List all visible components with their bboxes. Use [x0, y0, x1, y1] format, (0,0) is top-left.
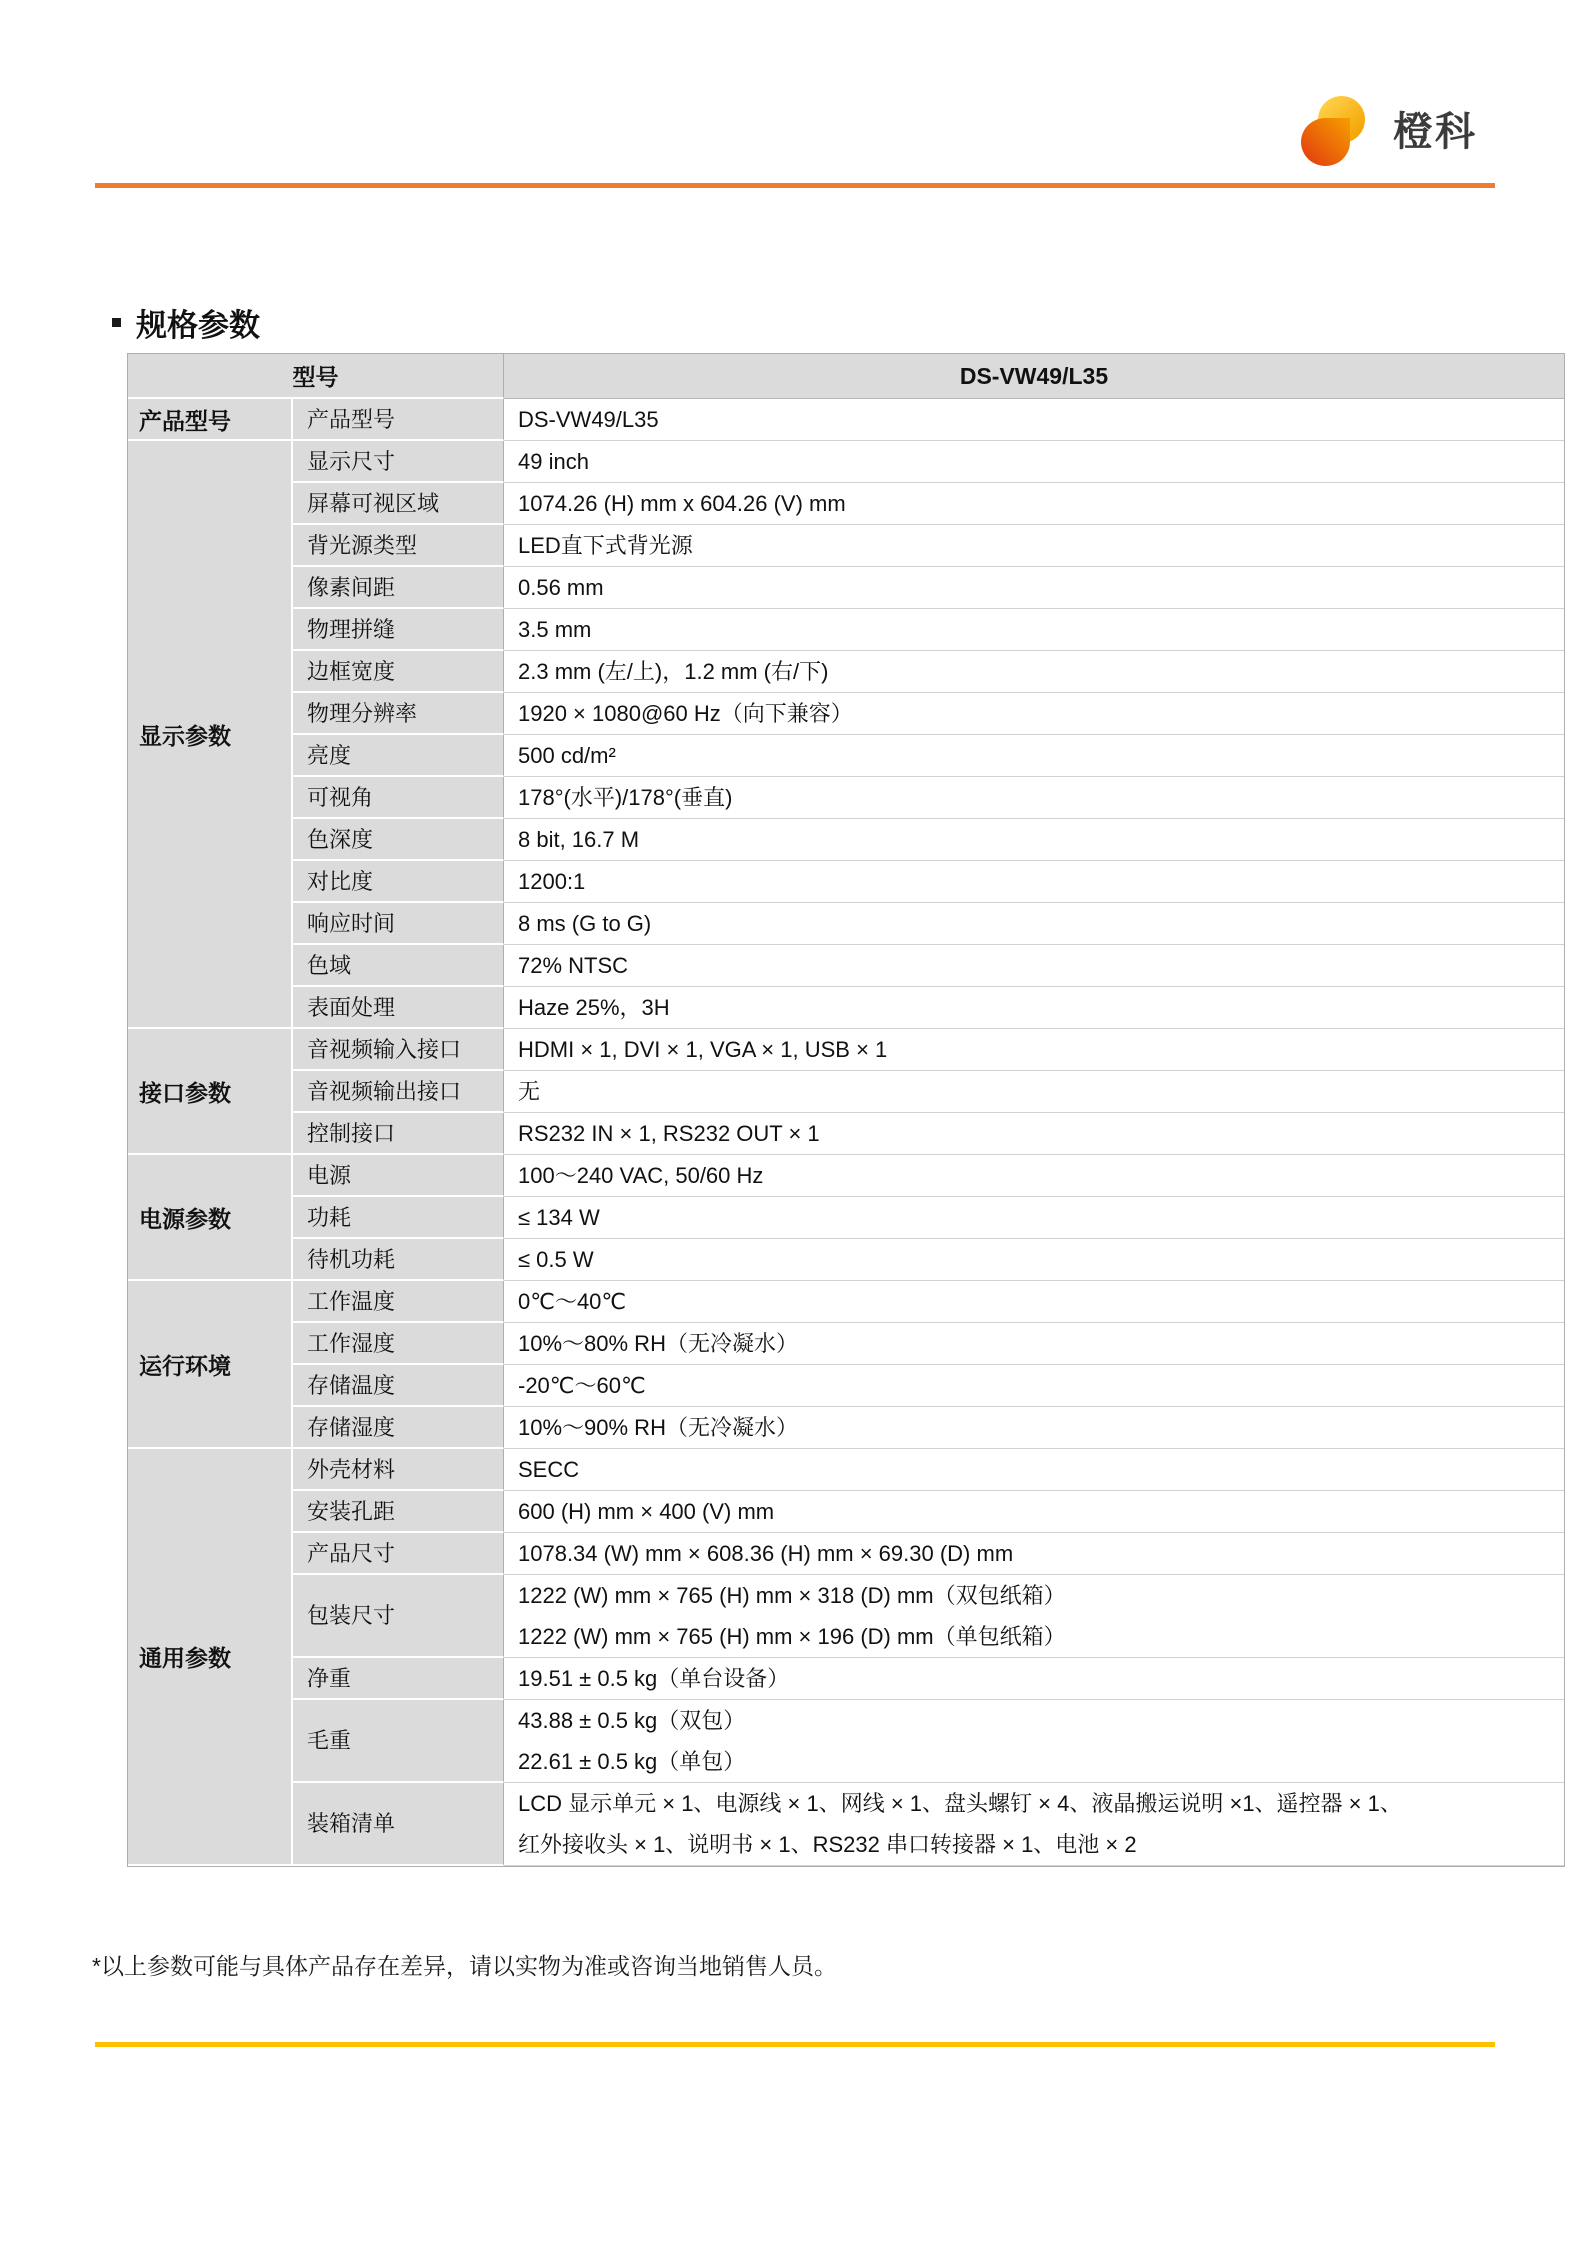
spec-value-cell: 8 ms (G to G) — [504, 903, 1564, 945]
spec-label-cell: 工作湿度 — [293, 1323, 504, 1365]
spec-label-cell: 控制接口 — [293, 1113, 504, 1155]
spec-value-line: 0.56 mm — [518, 567, 1564, 608]
spec-label-cell: 存储湿度 — [293, 1407, 504, 1449]
spec-value-cell: 1920 × 1080@60 Hz（向下兼容） — [504, 693, 1564, 735]
spec-value-line: 3.5 mm — [518, 609, 1564, 650]
spec-value-cell: 10%～80% RH（无冷凝水） — [504, 1323, 1564, 1365]
spec-row: 物理分辨率1920 × 1080@60 Hz（向下兼容） — [128, 693, 1564, 735]
spec-label-cell: 边框宽度 — [293, 651, 504, 693]
spec-row: 电源参数电源100～240 VAC, 50/60 Hz — [128, 1155, 1564, 1197]
spec-value-line: 1200:1 — [518, 861, 1564, 902]
category-cell: 电源参数 — [128, 1155, 293, 1281]
spec-row: 色深度8 bit, 16.7 M — [128, 819, 1564, 861]
brand-logo-icon — [1301, 96, 1367, 168]
spec-value-line: 43.88 ± 0.5 kg（双包） — [518, 1700, 1564, 1741]
spec-row: 净重19.51 ± 0.5 kg（单台设备） — [128, 1658, 1564, 1700]
spec-value-cell: ≤ 134 W — [504, 1197, 1564, 1239]
spec-value-cell: 500 cd/m² — [504, 735, 1564, 777]
spec-value-cell: 49 inch — [504, 441, 1564, 483]
category-cell: 显示参数 — [128, 441, 293, 1029]
spec-value-cell: SECC — [504, 1449, 1564, 1491]
brand-name: 橙科 — [1393, 96, 1477, 168]
spec-value-cell: 72% NTSC — [504, 945, 1564, 987]
spec-row: 包装尺寸1222 (W) mm × 765 (H) mm × 318 (D) m… — [128, 1575, 1564, 1658]
section-title: 规格参数 — [136, 300, 260, 345]
spec-value-line: RS232 IN × 1, RS232 OUT × 1 — [518, 1113, 1564, 1154]
spec-row: 色域72% NTSC — [128, 945, 1564, 987]
spec-value-line: HDMI × 1, DVI × 1, VGA × 1, USB × 1 — [518, 1029, 1564, 1070]
spec-row: 产品型号产品型号DS-VW49/L35 — [128, 399, 1564, 441]
spec-value-line: 178°(水平)/178°(垂直) — [518, 777, 1564, 818]
spec-value-line: DS-VW49/L35 — [518, 399, 1564, 440]
spec-row: 存储温度-20℃～60℃ — [128, 1365, 1564, 1407]
spec-label-cell: 响应时间 — [293, 903, 504, 945]
spec-value-cell: DS-VW49/L35 — [504, 399, 1564, 441]
spec-label-cell: 产品型号 — [293, 399, 504, 441]
spec-value-line: 0℃～40℃ — [518, 1281, 1564, 1322]
spec-value-cell: 0.56 mm — [504, 567, 1564, 609]
spec-value-line: 19.51 ± 0.5 kg（单台设备） — [518, 1658, 1564, 1699]
spec-value-cell: 10%～90% RH（无冷凝水） — [504, 1407, 1564, 1449]
spec-row: 可视角178°(水平)/178°(垂直) — [128, 777, 1564, 819]
spec-value-line: ≤ 134 W — [518, 1197, 1564, 1238]
spec-label-cell: 工作温度 — [293, 1281, 504, 1323]
spec-value-line: 100～240 VAC, 50/60 Hz — [518, 1155, 1564, 1196]
spec-row: 对比度1200:1 — [128, 861, 1564, 903]
spec-value-cell: HDMI × 1, DVI × 1, VGA × 1, USB × 1 — [504, 1029, 1564, 1071]
spec-label-cell: 像素间距 — [293, 567, 504, 609]
spec-label-cell: 净重 — [293, 1658, 504, 1700]
spec-row: 接口参数音视频输入接口HDMI × 1, DVI × 1, VGA × 1, U… — [128, 1029, 1564, 1071]
spec-label-cell: 装箱清单 — [293, 1783, 504, 1866]
spec-sheet-page: 橙科 规格参数 型号 DS-VW49/L35 产品型号产品型号DS-VW49/L… — [0, 0, 1587, 2244]
spec-row: 亮度500 cd/m² — [128, 735, 1564, 777]
spec-value-cell: 43.88 ± 0.5 kg（双包）22.61 ± 0.5 kg（单包） — [504, 1700, 1564, 1783]
spec-label-cell: 对比度 — [293, 861, 504, 903]
spec-row: 边框宽度2.3 mm (左/上)，1.2 mm (右/下) — [128, 651, 1564, 693]
spec-header-row: 型号 DS-VW49/L35 — [128, 354, 1564, 399]
spec-value-line: LCD 显示单元 × 1、电源线 × 1、网线 × 1、盘头螺钉 × 4、液晶搬… — [518, 1783, 1564, 1824]
spec-value-cell: 1222 (W) mm × 765 (H) mm × 318 (D) mm（双包… — [504, 1575, 1564, 1658]
spec-value-cell: 19.51 ± 0.5 kg（单台设备） — [504, 1658, 1564, 1700]
spec-label-cell: 色深度 — [293, 819, 504, 861]
spec-row: 音视频输出接口无 — [128, 1071, 1564, 1113]
spec-value-cell: 无 — [504, 1071, 1564, 1113]
spec-row: 功耗≤ 134 W — [128, 1197, 1564, 1239]
spec-label-cell: 亮度 — [293, 735, 504, 777]
footnote: *以上参数可能与具体产品存在差异，请以实物为准或咨询当地销售人员。 — [92, 1948, 837, 1981]
spec-table: 型号 DS-VW49/L35 产品型号产品型号DS-VW49/L35显示参数显示… — [127, 353, 1565, 1867]
spec-value-cell: 178°(水平)/178°(垂直) — [504, 777, 1564, 819]
spec-label-cell: 背光源类型 — [293, 525, 504, 567]
spec-label-cell: 毛重 — [293, 1700, 504, 1783]
spec-label-cell: 表面处理 — [293, 987, 504, 1029]
spec-label-cell: 物理拼缝 — [293, 609, 504, 651]
spec-label-cell: 产品尺寸 — [293, 1533, 504, 1575]
spec-value-cell: LED直下式背光源 — [504, 525, 1564, 567]
section-title-row: 规格参数 — [112, 300, 260, 345]
footer-divider — [95, 2042, 1495, 2047]
spec-value-line: -20℃～60℃ — [518, 1365, 1564, 1406]
spec-row: 存储湿度10%～90% RH（无冷凝水） — [128, 1407, 1564, 1449]
category-cell: 运行环境 — [128, 1281, 293, 1449]
spec-value-line: 红外接收头 × 1、说明书 × 1、RS232 串口转接器 × 1、电池 × 2 — [518, 1824, 1564, 1865]
spec-value-cell: LCD 显示单元 × 1、电源线 × 1、网线 × 1、盘头螺钉 × 4、液晶搬… — [504, 1783, 1564, 1866]
spec-label-cell: 待机功耗 — [293, 1239, 504, 1281]
spec-value-line: 10%～90% RH（无冷凝水） — [518, 1407, 1564, 1448]
category-cell: 产品型号 — [128, 399, 293, 441]
spec-label-cell: 电源 — [293, 1155, 504, 1197]
spec-value-line: 1920 × 1080@60 Hz（向下兼容） — [518, 693, 1564, 734]
spec-value-cell: 100～240 VAC, 50/60 Hz — [504, 1155, 1564, 1197]
spec-value-line: 1222 (W) mm × 765 (H) mm × 318 (D) mm（双包… — [518, 1575, 1564, 1616]
model-header-cell: 型号 — [128, 354, 504, 399]
spec-label-cell: 色域 — [293, 945, 504, 987]
spec-row: 表面处理Haze 25%，3H — [128, 987, 1564, 1029]
spec-label-cell: 安装孔距 — [293, 1491, 504, 1533]
spec-label-cell: 存储温度 — [293, 1365, 504, 1407]
spec-value-cell: 8 bit, 16.7 M — [504, 819, 1564, 861]
spec-label-cell: 音视频输出接口 — [293, 1071, 504, 1113]
spec-value-cell: 2.3 mm (左/上)，1.2 mm (右/下) — [504, 651, 1564, 693]
spec-row: 毛重43.88 ± 0.5 kg（双包）22.61 ± 0.5 kg（单包） — [128, 1700, 1564, 1783]
spec-label-cell: 功耗 — [293, 1197, 504, 1239]
spec-value-line: LED直下式背光源 — [518, 525, 1564, 566]
header-divider — [95, 183, 1495, 188]
spec-label-cell: 包装尺寸 — [293, 1575, 504, 1658]
spec-row: 通用参数外壳材料SECC — [128, 1449, 1564, 1491]
spec-row: 像素间距0.56 mm — [128, 567, 1564, 609]
spec-value-cell: 0℃～40℃ — [504, 1281, 1564, 1323]
spec-value-cell: 600 (H) mm × 400 (V) mm — [504, 1491, 1564, 1533]
spec-value-line: 600 (H) mm × 400 (V) mm — [518, 1491, 1564, 1532]
spec-label-cell: 物理分辨率 — [293, 693, 504, 735]
spec-value-line: 72% NTSC — [518, 945, 1564, 986]
spec-row: 装箱清单LCD 显示单元 × 1、电源线 × 1、网线 × 1、盘头螺钉 × 4… — [128, 1783, 1564, 1866]
category-cell: 接口参数 — [128, 1029, 293, 1155]
spec-value-line: 1074.26 (H) mm x 604.26 (V) mm — [518, 483, 1564, 524]
spec-row: 安装孔距600 (H) mm × 400 (V) mm — [128, 1491, 1564, 1533]
spec-row: 控制接口RS232 IN × 1, RS232 OUT × 1 — [128, 1113, 1564, 1155]
spec-row: 产品尺寸1078.34 (W) mm × 608.36 (H) mm × 69.… — [128, 1533, 1564, 1575]
spec-value-cell: 3.5 mm — [504, 609, 1564, 651]
spec-value-cell: Haze 25%，3H — [504, 987, 1564, 1029]
spec-label-cell: 可视角 — [293, 777, 504, 819]
spec-row: 工作湿度10%～80% RH（无冷凝水） — [128, 1323, 1564, 1365]
category-cell: 通用参数 — [128, 1449, 293, 1866]
spec-row: 响应时间8 ms (G to G) — [128, 903, 1564, 945]
spec-value-line: 22.61 ± 0.5 kg（单包） — [518, 1741, 1564, 1782]
spec-value-line: 8 bit, 16.7 M — [518, 819, 1564, 860]
spec-row: 运行环境工作温度0℃～40℃ — [128, 1281, 1564, 1323]
spec-value-cell: ≤ 0.5 W — [504, 1239, 1564, 1281]
spec-value-cell: 1200:1 — [504, 861, 1564, 903]
spec-value-cell: -20℃～60℃ — [504, 1365, 1564, 1407]
spec-label-cell: 显示尺寸 — [293, 441, 504, 483]
spec-value-line: Haze 25%，3H — [518, 987, 1564, 1028]
model-value-header-cell: DS-VW49/L35 — [504, 354, 1564, 399]
spec-value-cell: 1074.26 (H) mm x 604.26 (V) mm — [504, 483, 1564, 525]
spec-value-line: SECC — [518, 1449, 1564, 1490]
spec-value-line: 49 inch — [518, 441, 1564, 482]
spec-row: 待机功耗≤ 0.5 W — [128, 1239, 1564, 1281]
square-bullet-icon — [112, 318, 121, 327]
spec-value-line: 1222 (W) mm × 765 (H) mm × 196 (D) mm（单包… — [518, 1616, 1564, 1657]
spec-value-line: 2.3 mm (左/上)，1.2 mm (右/下) — [518, 651, 1564, 692]
brand-logo: 橙科 — [1301, 96, 1477, 168]
spec-row: 显示参数显示尺寸49 inch — [128, 441, 1564, 483]
spec-row: 背光源类型LED直下式背光源 — [128, 525, 1564, 567]
spec-value-cell: 1078.34 (W) mm × 608.36 (H) mm × 69.30 (… — [504, 1533, 1564, 1575]
spec-value-line: ≤ 0.5 W — [518, 1239, 1564, 1280]
spec-row: 屏幕可视区域1074.26 (H) mm x 604.26 (V) mm — [128, 483, 1564, 525]
spec-value-line: 500 cd/m² — [518, 735, 1564, 776]
spec-value-cell: RS232 IN × 1, RS232 OUT × 1 — [504, 1113, 1564, 1155]
spec-label-cell: 外壳材料 — [293, 1449, 504, 1491]
spec-value-line: 无 — [518, 1071, 1564, 1112]
spec-value-line: 1078.34 (W) mm × 608.36 (H) mm × 69.30 (… — [518, 1533, 1564, 1574]
spec-value-line: 8 ms (G to G) — [518, 903, 1564, 944]
spec-value-line: 10%～80% RH（无冷凝水） — [518, 1323, 1564, 1364]
spec-label-cell: 音视频输入接口 — [293, 1029, 504, 1071]
spec-row: 物理拼缝3.5 mm — [128, 609, 1564, 651]
logo-orange-shape-icon — [1301, 118, 1350, 166]
spec-label-cell: 屏幕可视区域 — [293, 483, 504, 525]
